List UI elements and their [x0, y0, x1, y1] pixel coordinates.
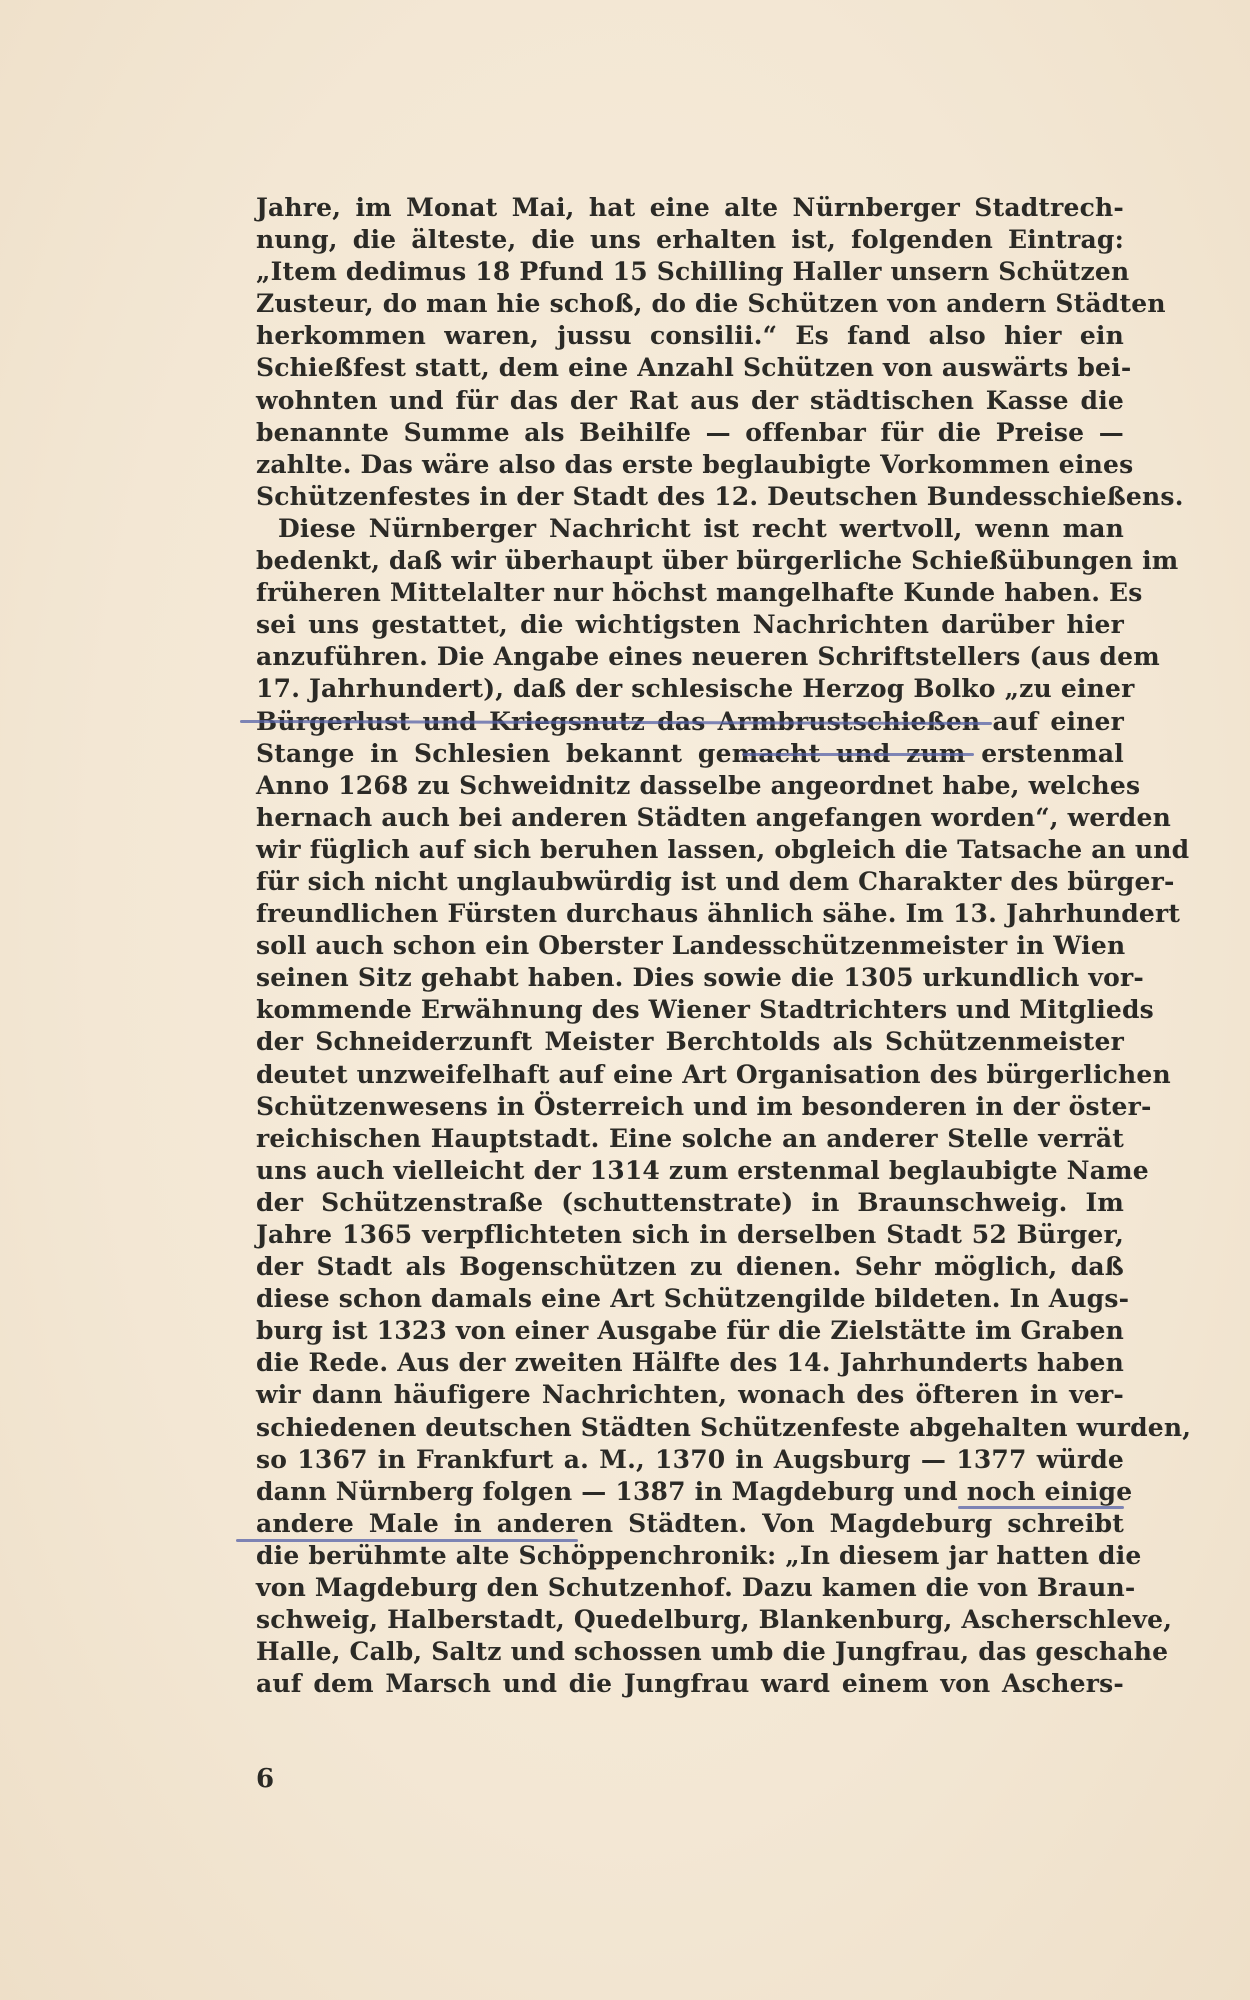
text-line: „Item dedimus 18 Pfund 15 Schilling Hall… [256, 256, 1124, 288]
text-line: burg ist 1323 von einer Ausgabe für die … [256, 1315, 1124, 1347]
text-line: kommende Erwähnung des Wiener Stadtricht… [256, 994, 1124, 1026]
text-line: der Schützenstraße (schuttenstrate) in B… [256, 1187, 1124, 1219]
text-line: schweig, Halberstadt, Quedelburg, Blanke… [256, 1604, 1124, 1636]
pencil-underline-nuernberg [236, 1539, 578, 1542]
text-line: schiedenen deutschen Städten Schützenfes… [256, 1412, 1124, 1444]
text-line: Halle, Calb, Saltz und schossen umb die … [256, 1636, 1124, 1668]
pencil-underline-1377 [958, 1506, 1124, 1509]
text-line: wohnten und für das der Rat aus der städ… [256, 385, 1124, 417]
book-page: Jahre, im Monat Mai, hat eine alte Nürnb… [0, 0, 1250, 2000]
text-line: der Schneiderzunft Meister Berchtolds al… [256, 1026, 1124, 1058]
text-line: auf dem Marsch und die Jungfrau ward ein… [256, 1668, 1124, 1700]
paragraph-start-line: Diese Nürnberger Nachricht ist recht wer… [256, 513, 1124, 545]
text-line: die berühmte alte Schöppenchronik: „In d… [256, 1540, 1124, 1572]
text-line: sei uns gestattet, die wichtigsten Nachr… [256, 609, 1124, 641]
text-line: uns auch vielleicht der 1314 zum erstenm… [256, 1155, 1124, 1187]
text-line: von Magdeburg den Schutzenhof. Dazu kame… [256, 1572, 1124, 1604]
text-line: Jahre 1365 verpflichteten sich in dersel… [256, 1219, 1124, 1251]
text-line: so 1367 in Frankfurt a. M., 1370 in Augs… [256, 1444, 1124, 1476]
text-line: wir dann häufigere Nachrichten, wonach d… [256, 1379, 1124, 1411]
text-line: früheren Mittelalter nur höchst mangelha… [256, 577, 1124, 609]
text-line: für sich nicht unglaubwürdig ist und dem… [256, 866, 1124, 898]
text-line: nung, die älteste, die uns erhalten ist,… [256, 224, 1124, 256]
text-line: andere Male in anderen Städten. Von Magd… [256, 1508, 1124, 1540]
text-line: wir füglich auf sich beruhen lassen, obg… [256, 834, 1124, 866]
text-line: bedenkt, daß wir überhaupt über bürgerli… [256, 545, 1124, 577]
text-line: die Rede. Aus der zweiten Hälfte des 14.… [256, 1347, 1124, 1379]
text-line: Zusteur, do man hie schoß, do die Schütz… [256, 288, 1124, 320]
text-line: diese schon damals eine Art Schützengild… [256, 1283, 1124, 1315]
text-line: hernach auch bei anderen Städten angefan… [256, 802, 1124, 834]
text-line: Schützenfestes in der Stadt des 12. Deut… [256, 481, 1124, 513]
text-line: der Stadt als Bogenschützen zu dienen. S… [256, 1251, 1124, 1283]
text-line: benannte Summe als Beihilfe — offenbar f… [256, 417, 1124, 449]
page-number: 6 [256, 1764, 274, 1794]
text-line: anzuführen. Die Angabe eines neueren Sch… [256, 641, 1124, 673]
text-line: seinen Sitz gehabt haben. Dies sowie die… [256, 962, 1124, 994]
text-line: dann Nürnberg folgen — 1387 in Magdeburg… [256, 1476, 1124, 1508]
text-line: reichischen Hauptstadt. Eine solche an a… [256, 1123, 1124, 1155]
text-line: soll auch schon ein Oberster Landesschüt… [256, 930, 1124, 962]
text-line: Anno 1268 zu Schweidnitz dasselbe angeor… [256, 770, 1124, 802]
text-line: freundlichen Fürsten durchaus ähnlich sä… [256, 898, 1124, 930]
text-line: Schießfest statt, dem eine Anzahl Schütz… [256, 352, 1124, 384]
text-line: 17. Jahrhundert), daß der schlesische He… [256, 673, 1124, 705]
text-line: deutet unzweifelhaft auf eine Art Organi… [256, 1059, 1124, 1091]
text-line: Schützenwesens in Österreich und im beso… [256, 1091, 1124, 1123]
body-text: Jahre, im Monat Mai, hat eine alte Nürnb… [256, 192, 1124, 1700]
text-line: herkommen waren, jussu consilii.“ Es fan… [256, 320, 1124, 352]
pencil-underline-armbrustschiessen [742, 753, 974, 756]
text-line: Jahre, im Monat Mai, hat eine alte Nürnb… [256, 192, 1124, 224]
text-line: Stange in Schlesien bekannt gemacht und … [256, 738, 1124, 770]
text-line: zahlte. Das wäre also das erste beglaubi… [256, 449, 1124, 481]
